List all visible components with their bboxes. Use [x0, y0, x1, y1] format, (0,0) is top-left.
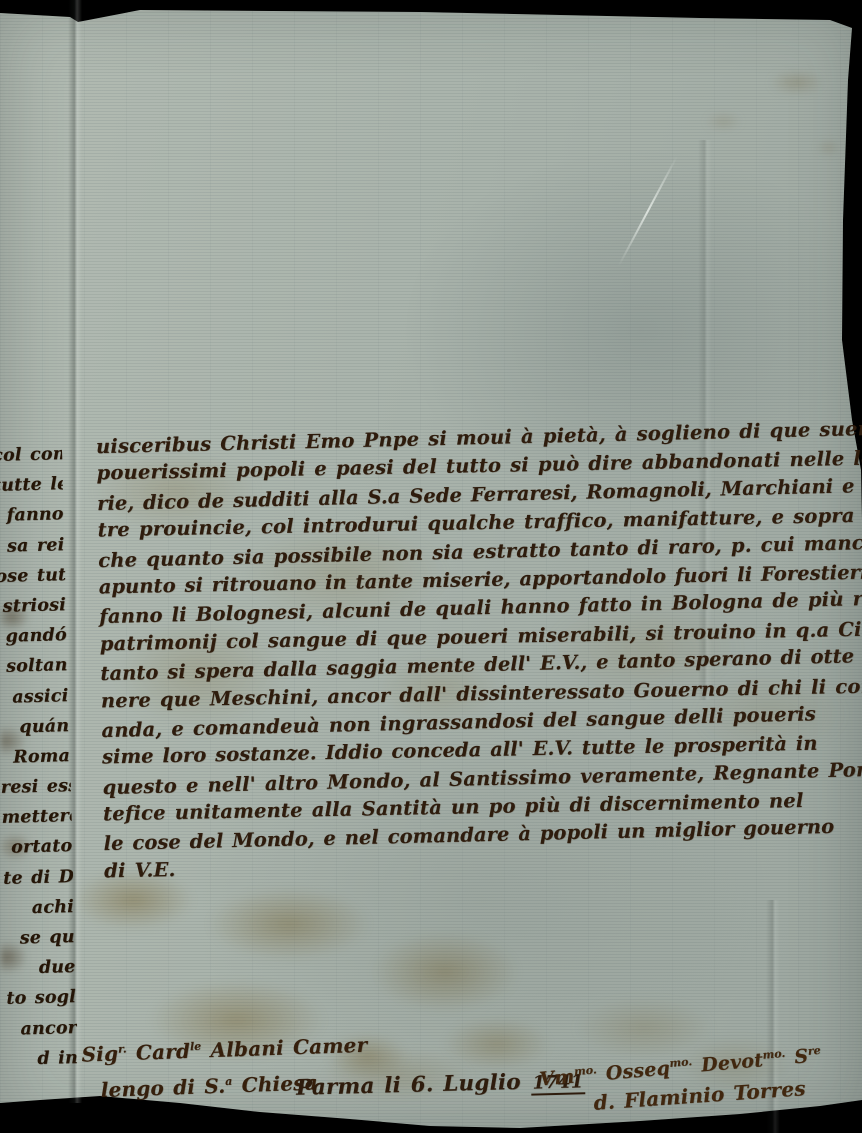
fragment-line: Roma	[0, 741, 70, 773]
fragment-line: d in	[8, 1043, 79, 1075]
fragment-line: ortato	[2, 831, 73, 863]
letter-photograph: col com tutte le fanno sa rei ose tutti …	[0, 0, 862, 1133]
fragment-line: gandó	[0, 620, 67, 652]
fragment-line: mettere	[1, 801, 72, 833]
fragment-line: assici	[0, 681, 69, 713]
fragment-line: ancor	[7, 1013, 78, 1045]
letter-body: uisceribus Christi Emo Pnpe si moui à pi…	[96, 417, 862, 886]
fragment-line: striosi	[0, 590, 66, 622]
fragment-line: soltan	[0, 650, 68, 682]
fragment-line: to sogli	[6, 982, 77, 1014]
fragment-line: fanno	[0, 500, 64, 532]
fragment-line: due	[5, 952, 76, 984]
fragment-line: col com	[0, 439, 62, 471]
fragment-line: ose tutti	[0, 560, 66, 592]
fragment-line: se qu	[4, 922, 75, 954]
fragment-line: resi esse	[0, 771, 71, 803]
fragment-line: sa rei	[0, 530, 65, 562]
fragment-line: achi	[4, 892, 75, 924]
fragment-line: te di Do	[3, 862, 74, 894]
fragment-line: quán	[0, 711, 70, 743]
fragment-line: tutte le	[0, 469, 63, 501]
